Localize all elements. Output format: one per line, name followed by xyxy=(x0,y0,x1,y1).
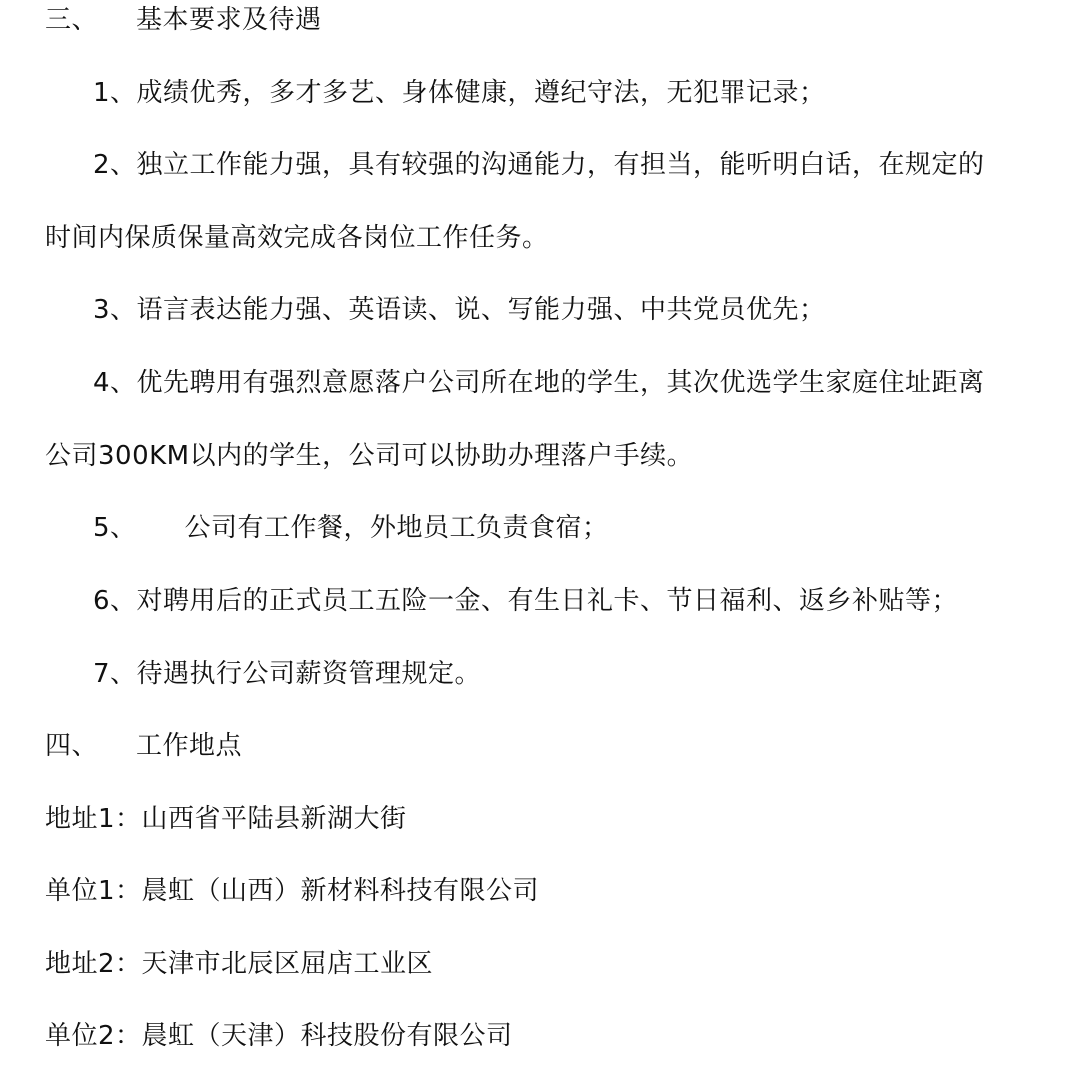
requirement-item-4-continuation: 公司300KM以内的学生，公司可以协助办理落户手续。 xyxy=(45,438,693,474)
company-1: 单位1：晨虹（山西）新材料科技有限公司 xyxy=(45,873,539,909)
section-3-heading: 三、基本要求及待遇 xyxy=(45,2,322,38)
requirement-item-2-continuation: 时间内保质保量高效完成各岗位工作任务。 xyxy=(45,220,549,256)
address-2: 地址2：天津市北辰区屈店工业区 xyxy=(45,946,433,982)
requirement-item-1: 1、成绩优秀，多才多艺、身体健康，遵纪守法，无犯罪记录； xyxy=(93,75,826,111)
section-4-number: 四、 xyxy=(45,731,98,761)
section-3-number: 三、 xyxy=(45,5,98,35)
requirement-item-5-text: 公司有工作餐，外地员工负责食宿； xyxy=(185,513,609,543)
requirement-item-5: 5、公司有工作餐，外地员工负责食宿； xyxy=(93,510,609,546)
requirement-item-2: 2、独立工作能力强，具有较强的沟通能力，有担当，能听明白话，在规定的 xyxy=(93,147,985,183)
requirement-item-4: 4、优先聘用有强烈意愿落户公司所在地的学生，其次优选学生家庭住址距离 xyxy=(93,365,985,401)
requirement-item-6: 6、对聘用后的正式员工五险一金、有生日礼卡、节日福利、返乡补贴等； xyxy=(93,583,958,619)
requirement-item-7: 7、待遇执行公司薪资管理规定。 xyxy=(93,656,481,692)
requirement-item-3: 3、语言表达能力强、英语读、说、写能力强、中共党员优先； xyxy=(93,292,826,328)
section-4-title: 工作地点 xyxy=(136,731,242,761)
section-4-heading: 四、工作地点 xyxy=(45,728,242,764)
section-3-title: 基本要求及待遇 xyxy=(136,5,322,35)
requirement-item-5-number: 5、 xyxy=(93,513,137,543)
address-1: 地址1：山西省平陆县新湖大街 xyxy=(45,801,407,837)
company-2: 单位2：晨虹（天津）科技股份有限公司 xyxy=(45,1018,513,1054)
